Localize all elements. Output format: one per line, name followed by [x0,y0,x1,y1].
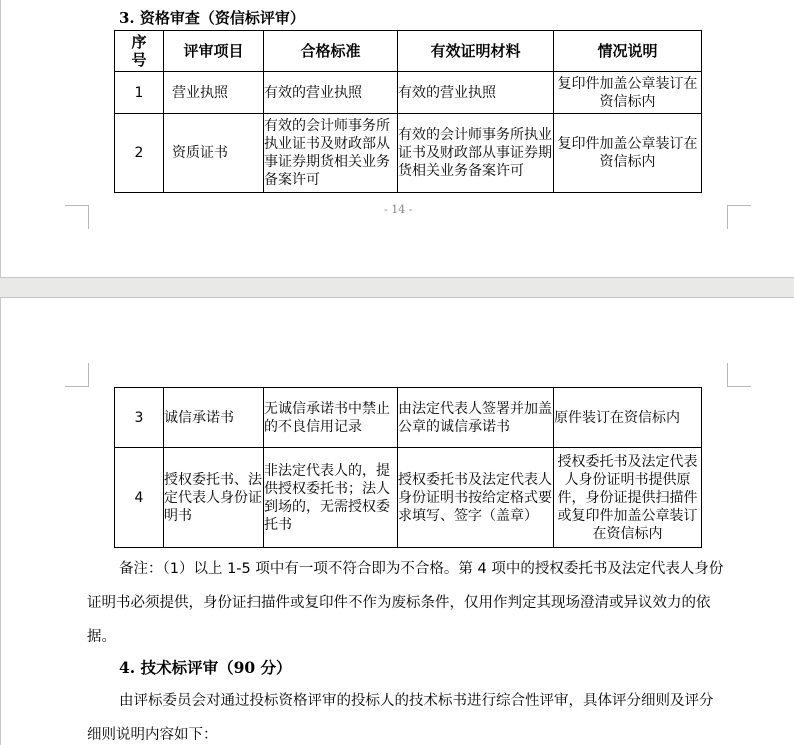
row-standard: 非法定代表人的，提供授权委托书；法人到场的，无需授权委托书 [264,448,398,548]
row-no: 1 [115,72,164,114]
section-4-paragraph: 由评标委员会对通过投标资格评审的投标人的技术标书进行综合性评审，具体评分细则及评… [87,684,727,745]
row-proof: 由法定代表人签署并加盖公章的诚信承诺书 [398,388,554,448]
header-standard: 合格标准 [264,31,398,72]
row-no: 4 [115,448,164,548]
crop-mark-top-left-v [88,363,89,387]
row-no: 2 [115,114,164,193]
row-note: 复印件加盖公章装订在资信标内 [554,72,702,114]
row-item: 营业执照 [164,72,264,114]
header-no: 序号 [115,31,164,72]
remark-paragraph: 备注：（1）以上 1-5 项中有一项不符合即为不合格。第 4 项中的授权委托书及… [87,552,727,654]
table-row: 4 授权委托书、法定代表人身份证明书 非法定代表人的，提供授权委托书；法人到场的… [115,448,702,548]
document-page-15: 3 诚信承诺书 无诚信承诺书中禁止的不良信用记录 由法定代表人签署并加盖公章的诚… [0,297,794,745]
row-standard: 无诚信承诺书中禁止的不良信用记录 [264,388,398,448]
row-item: 资质证书 [164,114,264,193]
crop-mark-bottom-right-h [727,205,751,206]
section-4-heading: 4. 技术标评审（90 分） [119,656,292,678]
qualification-table-part2: 3 诚信承诺书 无诚信承诺书中禁止的不良信用记录 由法定代表人签署并加盖公章的诚… [114,387,702,548]
row-standard: 有效的会计师事务所执业证书及财政部从事证券期货相关业务备案许可 [264,114,398,193]
qualification-table-part1: 序号 评审项目 合格标准 有效证明材料 情况说明 1 营业执照 有效的营业执照 … [114,30,702,193]
table-row: 3 诚信承诺书 无诚信承诺书中禁止的不良信用记录 由法定代表人签署并加盖公章的诚… [115,388,702,448]
page-gap [0,278,794,297]
table-header-row: 序号 评审项目 合格标准 有效证明材料 情况说明 [115,31,702,72]
page-number: - 14 - [384,203,412,216]
document-page-14: 3. 资格审查（资信标评审） 序号 评审项目 合格标准 有效证明材料 情况说明 … [0,0,794,278]
row-note: 原件装订在资信标内 [554,388,702,448]
row-item: 诚信承诺书 [164,388,264,448]
row-item: 授权委托书、法定代表人身份证明书 [164,448,264,548]
crop-mark-top-right-v [727,363,728,387]
row-note: 复印件加盖公章装订在资信标内 [554,114,702,193]
section-3-heading: 3. 资格审查（资信标评审） [119,7,305,28]
crop-mark-bottom-right-v [727,205,728,229]
remark-text: 备注：（1）以上 1-5 项中有一项不符合即为不合格。第 4 项中的授权委托书及… [87,561,723,645]
table-row: 1 营业执照 有效的营业执照 有效的营业执照 复印件加盖公章装订在资信标内 [115,72,702,114]
section-4-text: 由评标委员会对通过投标资格评审的投标人的技术标书进行综合性评审，具体评分细则及评… [87,693,714,743]
header-proof: 有效证明材料 [398,31,554,72]
header-item: 评审项目 [164,31,264,72]
row-standard: 有效的营业执照 [264,72,398,114]
table-row: 2 资质证书 有效的会计师事务所执业证书及财政部从事证券期货相关业务备案许可 有… [115,114,702,193]
row-no: 3 [115,388,164,448]
row-proof: 有效的营业执照 [398,72,554,114]
row-note: 授权委托书及法定代表人身份证明书提供原件，身份证提供扫描件或复印件加盖公章装订在… [554,448,702,548]
crop-mark-bottom-left-v [88,205,89,229]
row-proof: 有效的会计师事务所执业证书及财政部从事证券期货相关业务备案许可 [398,114,554,193]
crop-mark-bottom-left-h [65,205,89,206]
crop-mark-top-left-h [65,386,89,387]
crop-mark-top-right-h [727,386,751,387]
row-proof: 授权委托书及法定代表人身份证明书按给定格式要求填写、签字（盖章） [398,448,554,548]
header-note: 情况说明 [554,31,702,72]
